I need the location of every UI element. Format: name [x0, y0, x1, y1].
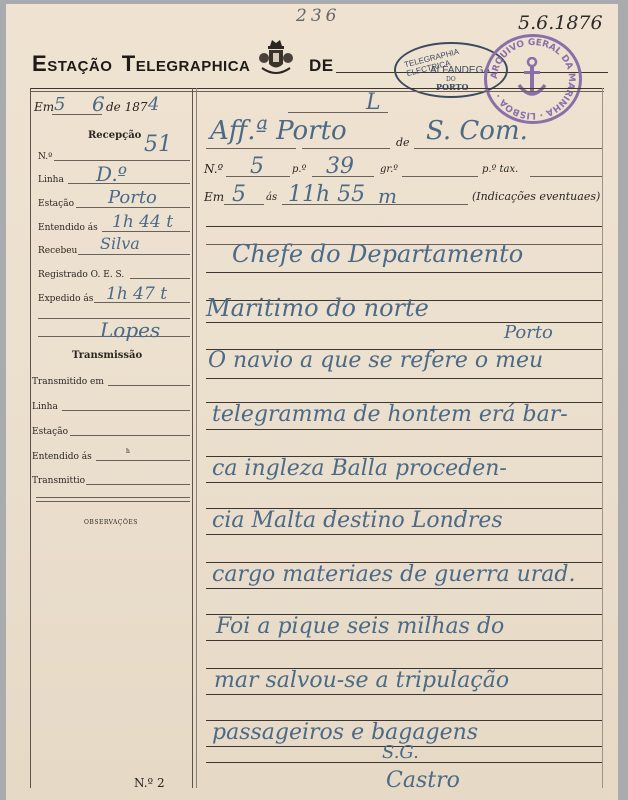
anchor-icon: [517, 57, 547, 101]
p-value: 39: [326, 154, 354, 179]
recepcao-numero-value: 51: [144, 132, 172, 157]
column-divider: [192, 88, 193, 788]
em-value: 5: [232, 182, 246, 207]
as-value: 11h 55: [288, 182, 365, 207]
n-value: 5: [250, 154, 264, 179]
message-line: O navio a que se refere o meu: [208, 348, 543, 373]
message-line: passageiros e bagagens: [212, 720, 478, 745]
indicacoes-label: (Indicações eventuaes): [472, 190, 600, 203]
message-line: mar salvou-se a tripulação: [214, 668, 509, 693]
message-line: cia Malta destino Londres: [212, 508, 503, 533]
frame-right: [602, 88, 603, 788]
sender-initials: S.G.: [382, 742, 419, 763]
archive-date: 5.6.1876: [518, 12, 603, 34]
telegram-form: 236 5.6.1876 ESTAÇÃO TELEGRAPHICA DE TEL…: [6, 4, 618, 800]
message-line: Porto: [504, 322, 553, 343]
archive-stamp: ARQUIVO GERAL DA MARINHA · LISBOA ·: [484, 34, 582, 124]
message-line: cargo materiaes de guerra urad.: [212, 562, 575, 587]
origin-value: Aff.ª Porto: [210, 116, 347, 146]
message-line: telegramma de hontem erá bar-: [212, 402, 568, 427]
sender-signature: Castro: [386, 768, 460, 793]
recepcao-linha-value: D.º: [96, 162, 127, 186]
date-em-label: Em: [34, 100, 54, 114]
as-suffix: m: [378, 184, 397, 208]
message-line: Maritimo do norte: [206, 294, 429, 322]
title-initial-e: E: [32, 51, 47, 76]
frame-top: [30, 88, 604, 89]
recepcao-signature: Lopes: [100, 318, 160, 342]
message-line: Chefe do Departamento: [232, 240, 523, 268]
message-line: ca ingleza Balla proceden-: [212, 456, 507, 481]
title-de: DE: [309, 56, 334, 76]
date-year-digit: 4: [148, 94, 159, 115]
observacoes-label: OBSERVAÇÕES: [84, 519, 138, 526]
date-year-prefix: de 187: [106, 100, 148, 114]
title-part1: STAÇÃO: [47, 58, 112, 75]
date-month: 6: [92, 92, 105, 116]
title-part2: ELEGRAPHICA: [136, 58, 251, 75]
recepcao-estacao-value: Porto: [108, 187, 157, 208]
transmissao-title: Transmissão: [72, 350, 142, 361]
crest-icon: [258, 38, 294, 78]
frame-top-2: [30, 91, 604, 92]
column-divider-2: [196, 88, 197, 788]
date-day: 5: [54, 94, 65, 115]
frame-left: [30, 88, 31, 788]
message-line: Foi a pique seis milhas do: [216, 614, 504, 639]
title-initial-t: T: [122, 51, 136, 76]
archive-number: 236: [296, 6, 340, 26]
form-number: N.º 2: [134, 776, 165, 790]
origin-dest: S. Com.: [426, 116, 528, 146]
recepcao-expedido-value: 1h 47 t: [106, 284, 167, 304]
recepcao-recebeu-value: Silva: [100, 234, 140, 253]
form-title: ESTAÇÃO TELEGRAPHICA: [32, 51, 250, 77]
origin-de: de: [396, 136, 410, 149]
recepcao-entendido-value: 1h 44 t: [112, 212, 173, 232]
recepcao-title: Recepção: [88, 130, 141, 141]
